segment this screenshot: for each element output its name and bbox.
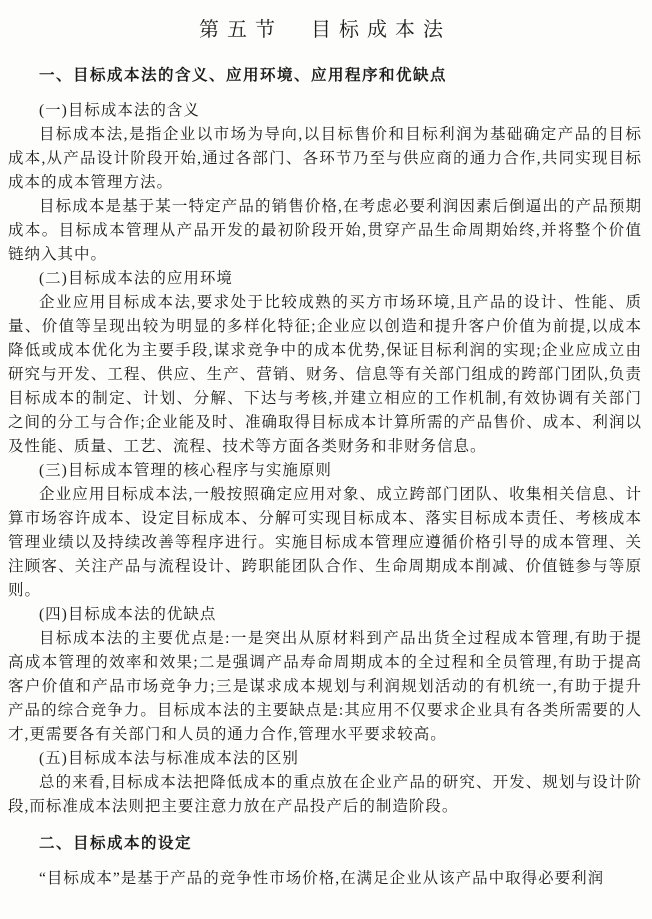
paragraph-definition-1: 目标成本法,是指企业以市场为导向,以目标售价和目标利润为基础确定产品的目标成本,… (8, 123, 642, 195)
paragraph-target-cost-setting-intro: “目标成本”是基于产品的竞争性市场价格,在满足企业从该产品中取得必要利润 (8, 867, 642, 891)
page-title: 第五节 目标成本法 (8, 18, 642, 42)
section-2-heading: 二、目标成本的设定 (8, 832, 642, 856)
subsection-1-4-heading: (四)目标成本法的优缺点 (8, 603, 642, 627)
subsection-1-2-heading: (二)目标成本法的应用环境 (8, 267, 642, 291)
paragraph-standard-cost-difference: 总的来看,目标成本法把降低成本的重点放在企业产品的研究、开发、规划与设计阶段,而… (8, 771, 642, 819)
paragraph-application-environment: 企业应用目标成本法,要求处于比较成熟的买方市场环境,且产品的设计、性能、质量、价… (8, 291, 642, 459)
section-1-heading: 一、目标成本法的含义、应用环境、应用程序和优缺点 (8, 64, 642, 88)
subsection-1-1-heading: (一)目标成本法的含义 (8, 99, 642, 123)
subsection-1-3-heading: (三)目标成本管理的核心程序与实施原则 (8, 459, 642, 483)
document-page: 第五节 目标成本法 一、目标成本法的含义、应用环境、应用程序和优缺点 (一)目标… (0, 0, 652, 919)
paragraph-pros-cons: 目标成本法的主要优点是:一是突出从原材料到产品出货全过程成本管理,有助于提高成本… (8, 627, 642, 747)
paragraph-definition-2: 目标成本是基于某一特定产品的销售价格,在考虑必要利润因素后倒逼出的产品预期成本。… (8, 195, 642, 267)
paragraph-core-procedures: 企业应用目标成本法,一般按照确定应用对象、成立跨部门团队、收集相关信息、计算市场… (8, 483, 642, 603)
subsection-1-5-heading: (五)目标成本法与标准成本法的区别 (8, 747, 642, 771)
